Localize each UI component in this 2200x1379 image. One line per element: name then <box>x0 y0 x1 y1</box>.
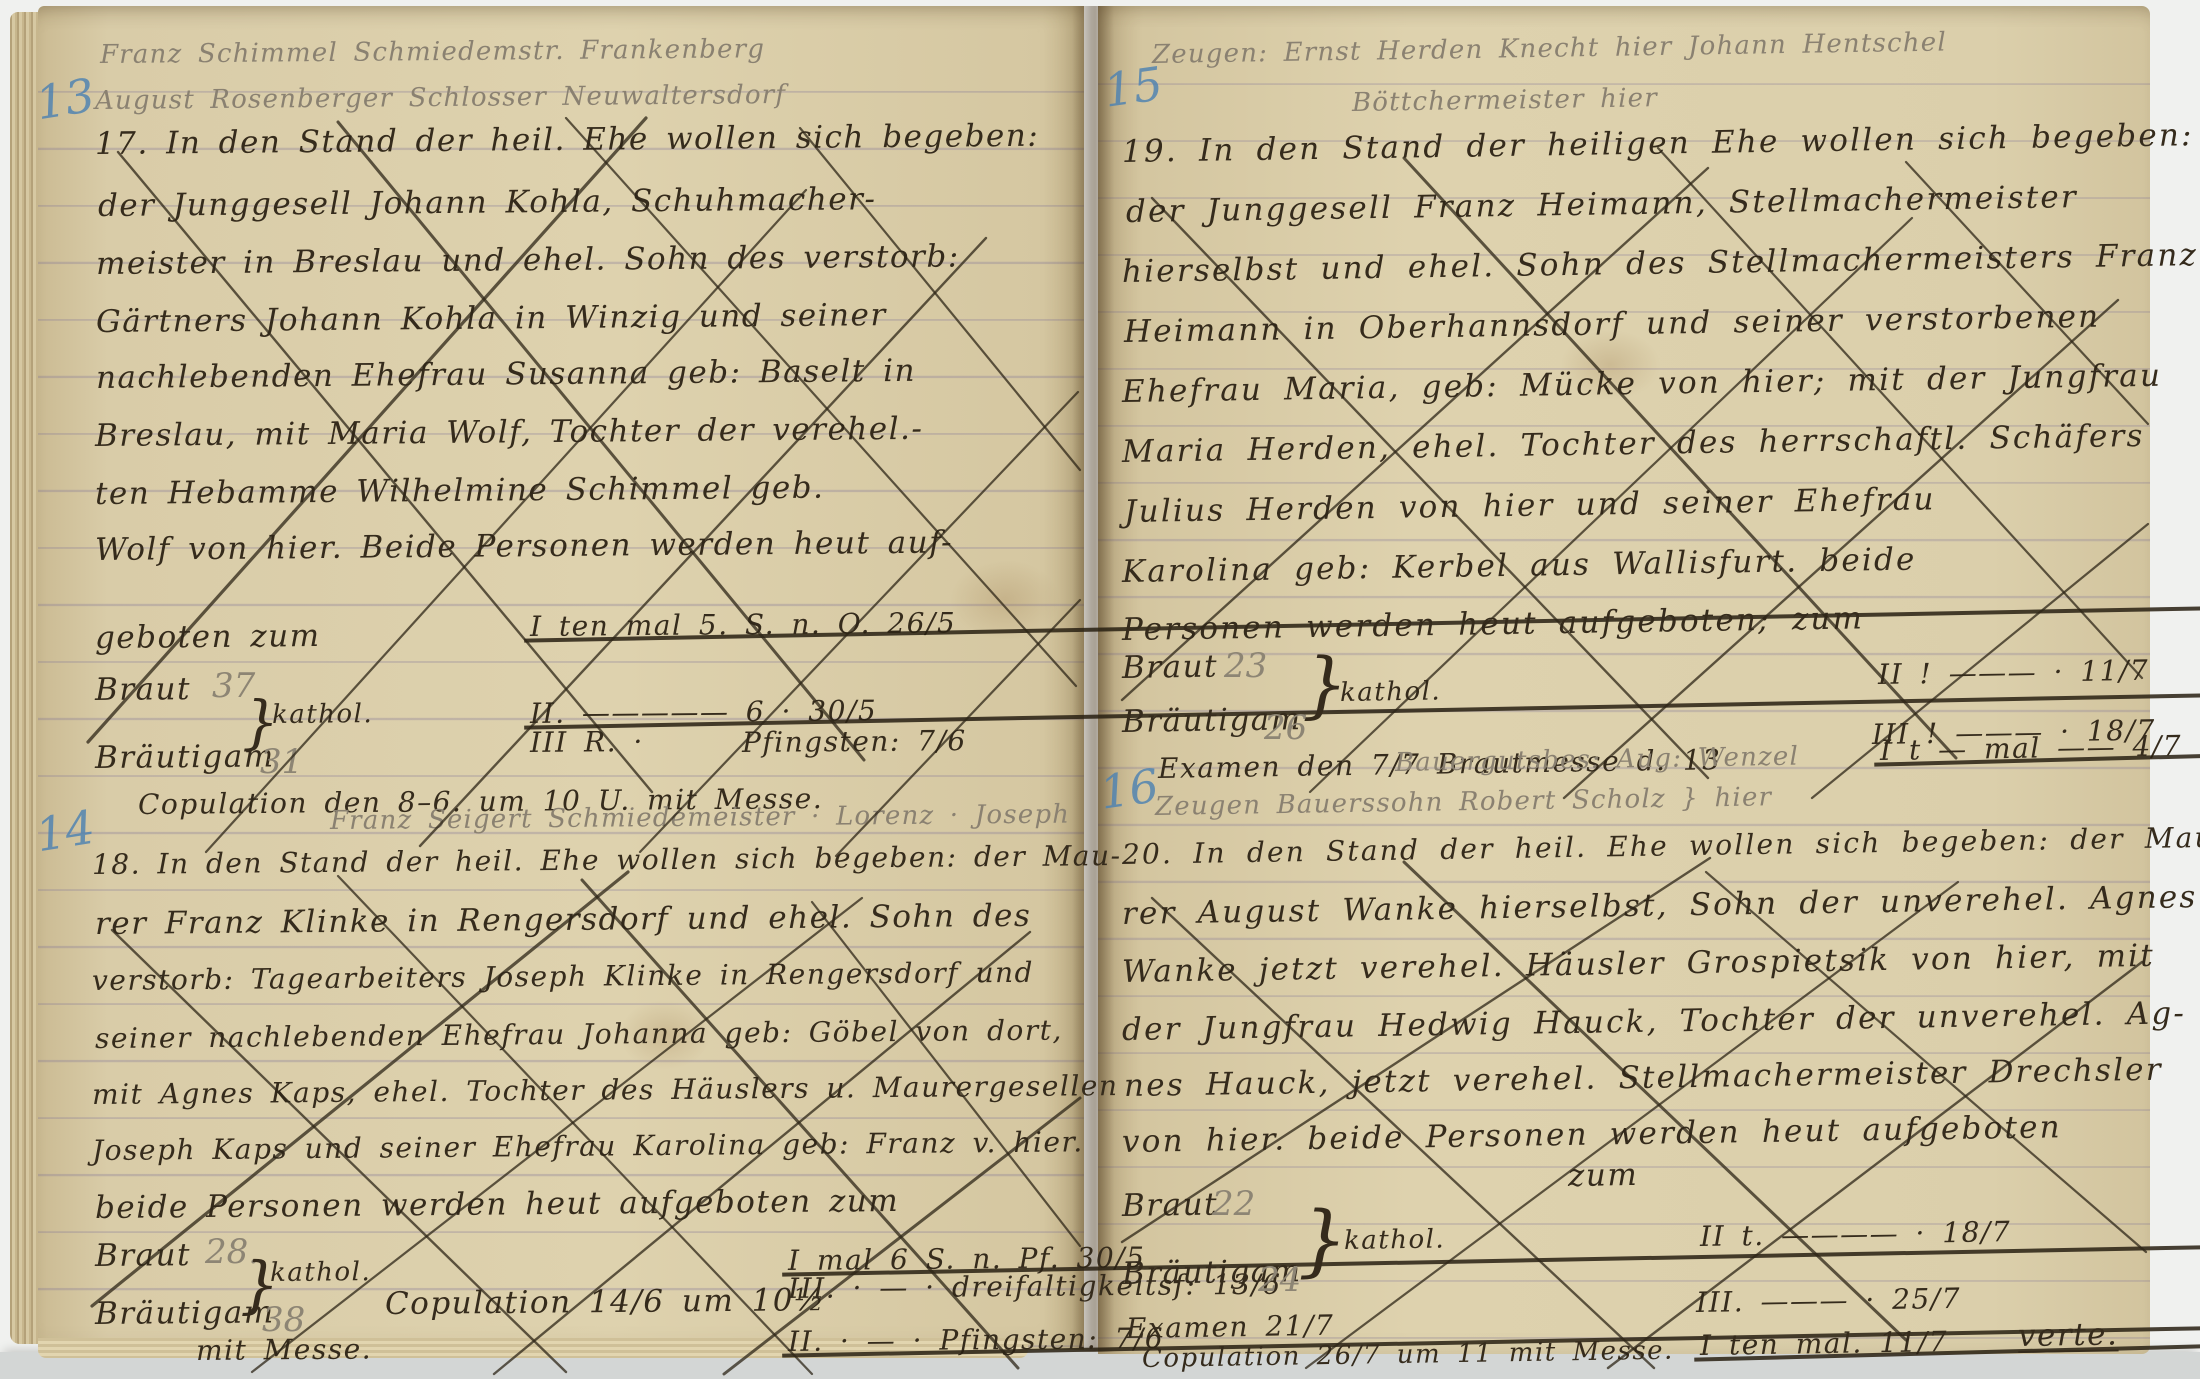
book-spine-page-edges <box>10 12 38 1344</box>
entry20-bride-age: 22 <box>1212 1184 1255 1224</box>
entry18-with-mass: mit Messe. <box>196 1332 372 1367</box>
entry19-confession: kathol. <box>1340 676 1442 708</box>
entry17-line: geboten zum <box>95 618 321 656</box>
entry20-brace: } <box>1298 1196 1348 1286</box>
entry19-banns-third: III ! ——— · 18/7 <box>1872 714 2156 751</box>
entry17-line: der Junggesell Johann Kohla, Schuhmacher… <box>98 181 877 224</box>
entry17-line: Breslau, mit Maria Wolf, Tochter der ver… <box>95 411 924 454</box>
entry19-banns-second: II ! ——— · 11/7 <box>1878 654 2150 691</box>
verte-note: verte. <box>2018 1316 2119 1354</box>
entry17-line: meister in Breslau und ehel. Sohn des ve… <box>96 238 960 282</box>
pencil-annotation: August Rosenberger Schlosser Neuwaltersd… <box>95 80 786 116</box>
entry20-zum: zum <box>1568 1157 1639 1194</box>
entry17-line: Wolf von hier. Beide Personen werden heu… <box>95 525 953 568</box>
register-book-scan: Franz Schimmel Schmiedemstr. Frankenberg… <box>0 0 2200 1379</box>
entry18-bride-label: Braut <box>95 1237 191 1274</box>
entry18-line: beide Personen werden heut aufgeboten zu… <box>95 1183 900 1226</box>
margin-number-blue: 14 <box>32 800 98 862</box>
entry20-bride-label: Braut <box>1122 1186 1219 1224</box>
entry20-confession: kathol. <box>1344 1224 1446 1256</box>
entry17-bride-label: Braut <box>95 671 191 708</box>
entry17-confession: kathol. <box>272 699 373 730</box>
entry19-groom-age: 26 <box>1264 708 1307 748</box>
entry17-banns-third: III R. · <box>530 725 644 759</box>
margin-number-blue: 16 <box>1097 758 1162 820</box>
entry20-banns-third: III. ——— · 25/7 <box>1696 1282 1962 1319</box>
margin-number-blue: 13 <box>32 68 98 130</box>
entry18-confession: kathol. <box>270 1257 371 1288</box>
entry19-bride-label: Braut <box>1122 648 1219 686</box>
margin-number-blue: 15 <box>1101 56 1166 118</box>
entry17-banns-third-date: Pfingsten: 7/6 <box>742 724 967 759</box>
pencil-annotation: Bauergutsbes: Aug: Wenzel <box>1395 742 1799 778</box>
entry20-groom-age: 24 <box>1258 1260 1301 1300</box>
entry20-examen: Examen 21/7 <box>1126 1309 1335 1345</box>
entry17-line: Gärtners Johann Kohla in Winzig und sein… <box>96 297 887 340</box>
pencil-annotation: Böttchermeister hier <box>1352 83 1658 118</box>
entry17-line: nachlebenden Ehefrau Susanna geb: Baselt… <box>96 353 916 396</box>
entry19-bride-age: 23 <box>1224 646 1267 686</box>
entry18-copulation: Copulation 14/6 um 10½ <box>385 1282 826 1322</box>
entry17-groom-age: 31 <box>260 742 303 782</box>
entry17-line: ten Hebamme Wilhelmine Schimmel geb. <box>95 470 825 512</box>
entry20-banns-second: II t. ———— · 18/7 <box>1700 1215 2012 1253</box>
pencil-annotation: Franz Schimmel Schmiedemstr. Frankenberg <box>100 34 765 70</box>
